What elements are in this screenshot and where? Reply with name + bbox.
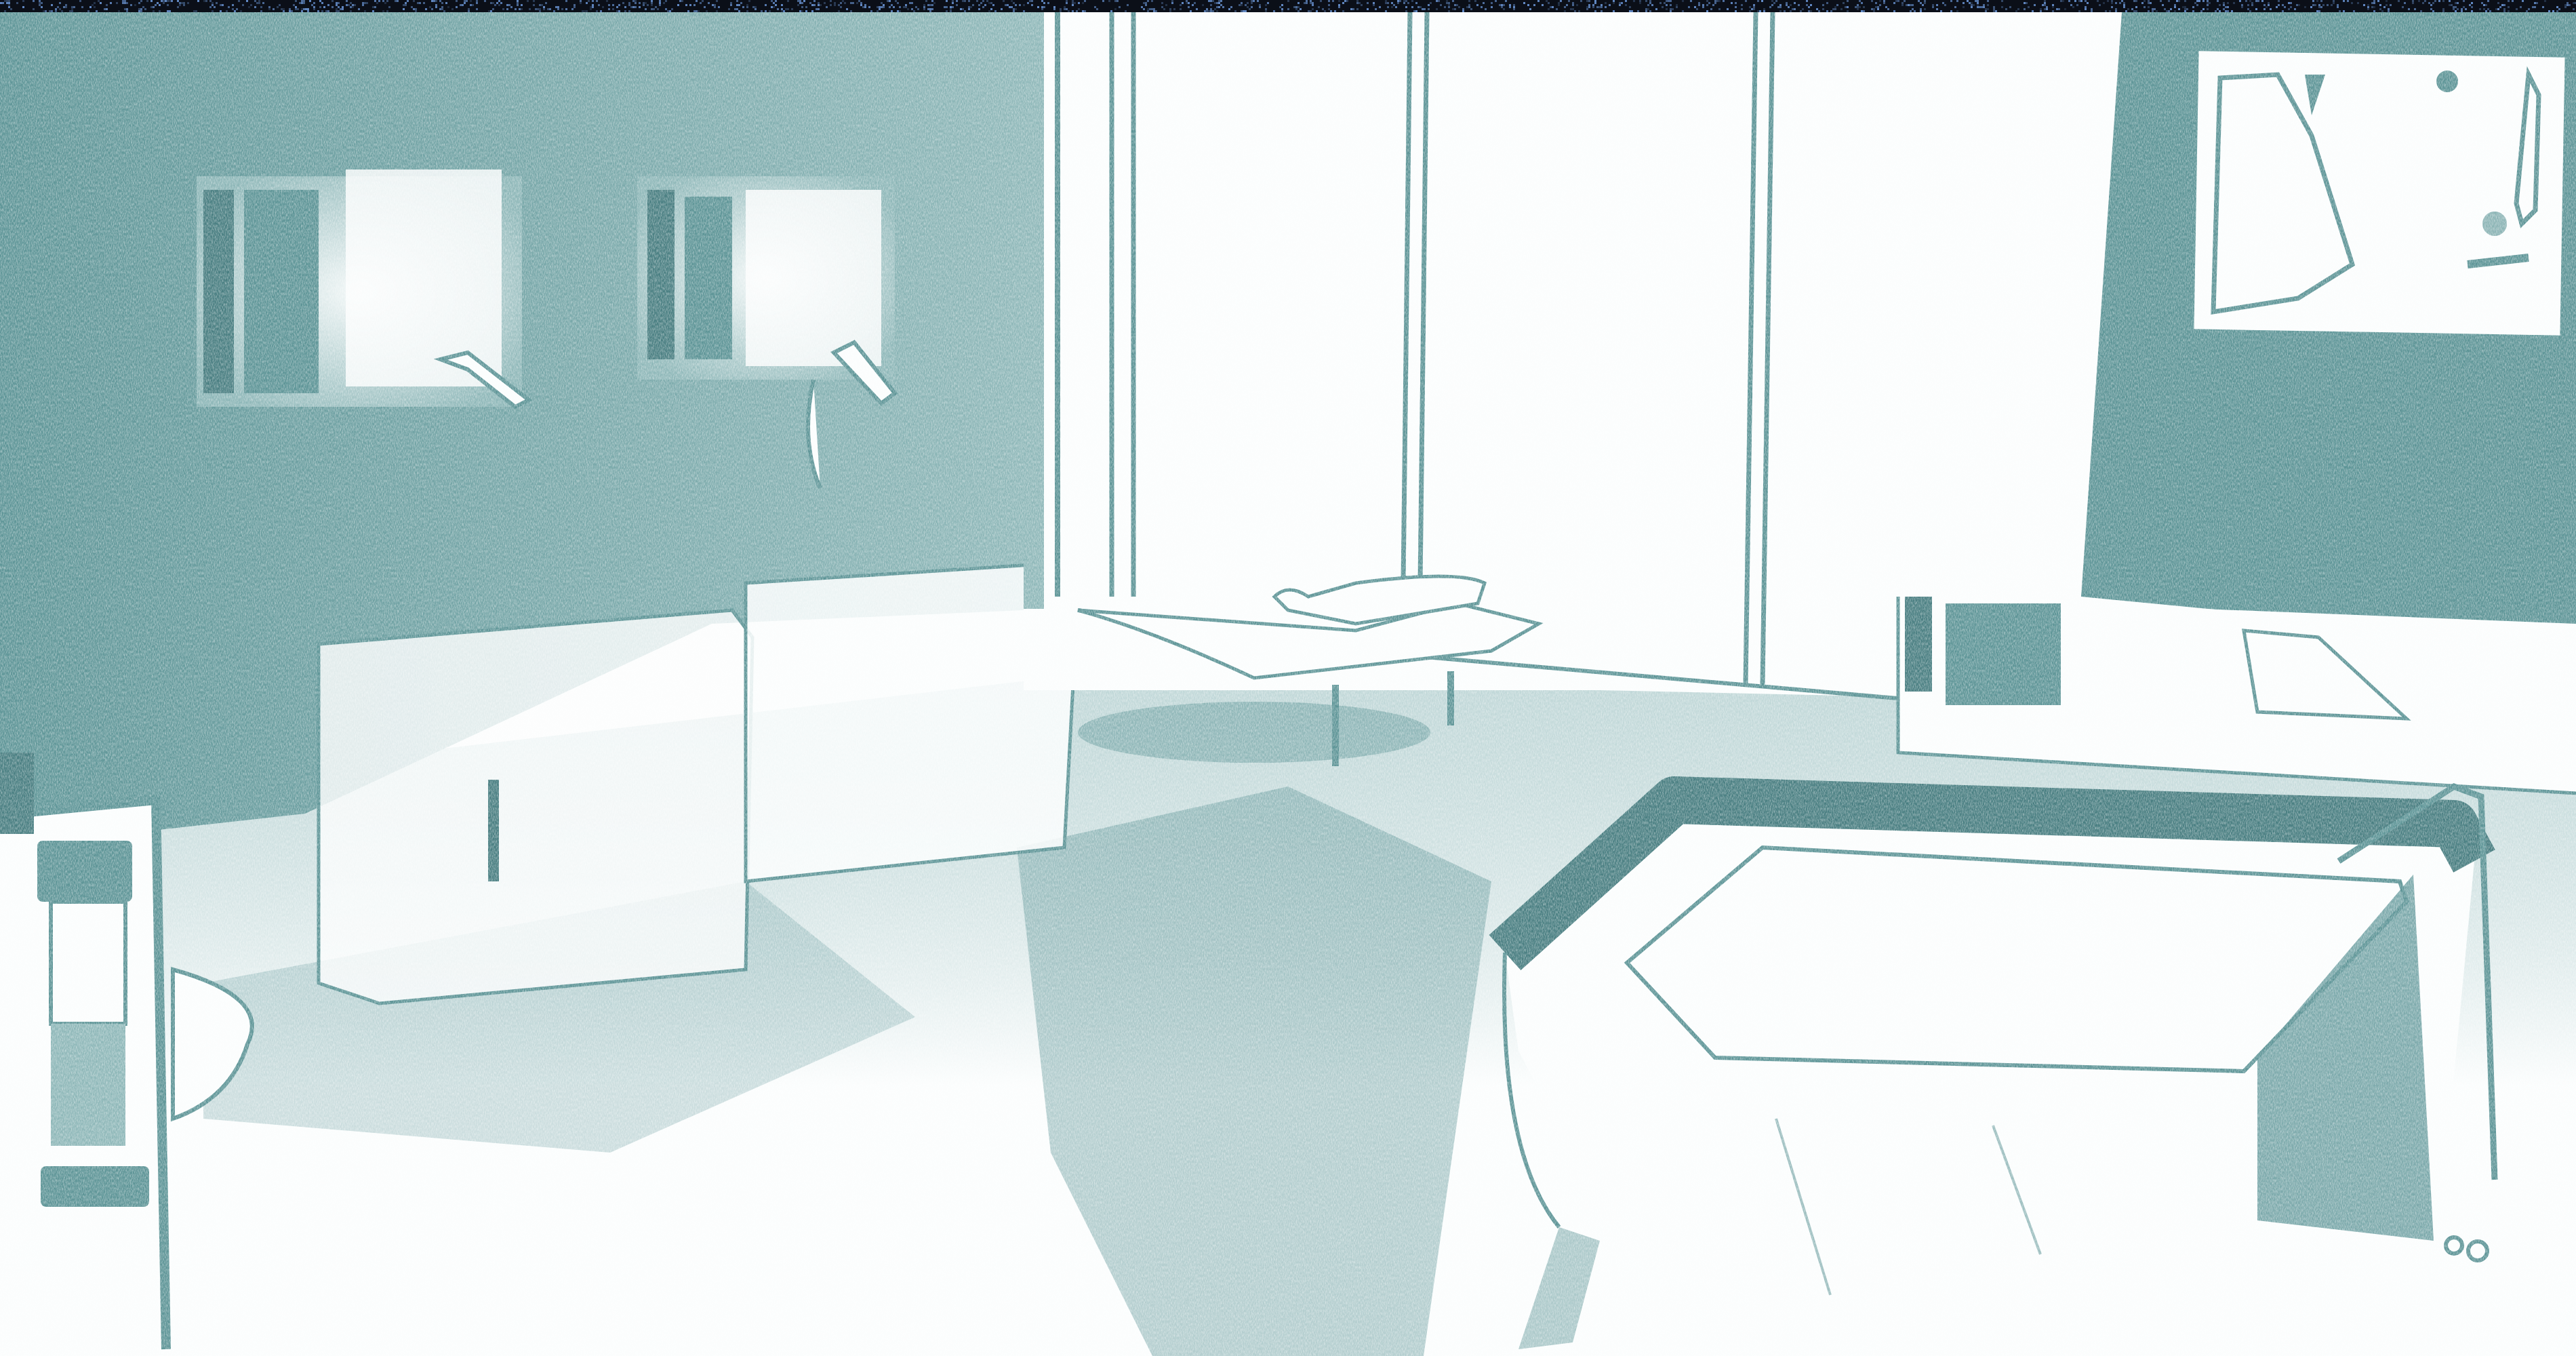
bathroom-illustration — [0, 0, 2576, 1356]
grain-texture-overlay — [0, 12, 2576, 1356]
top-noise-strip — [0, 0, 2576, 12]
